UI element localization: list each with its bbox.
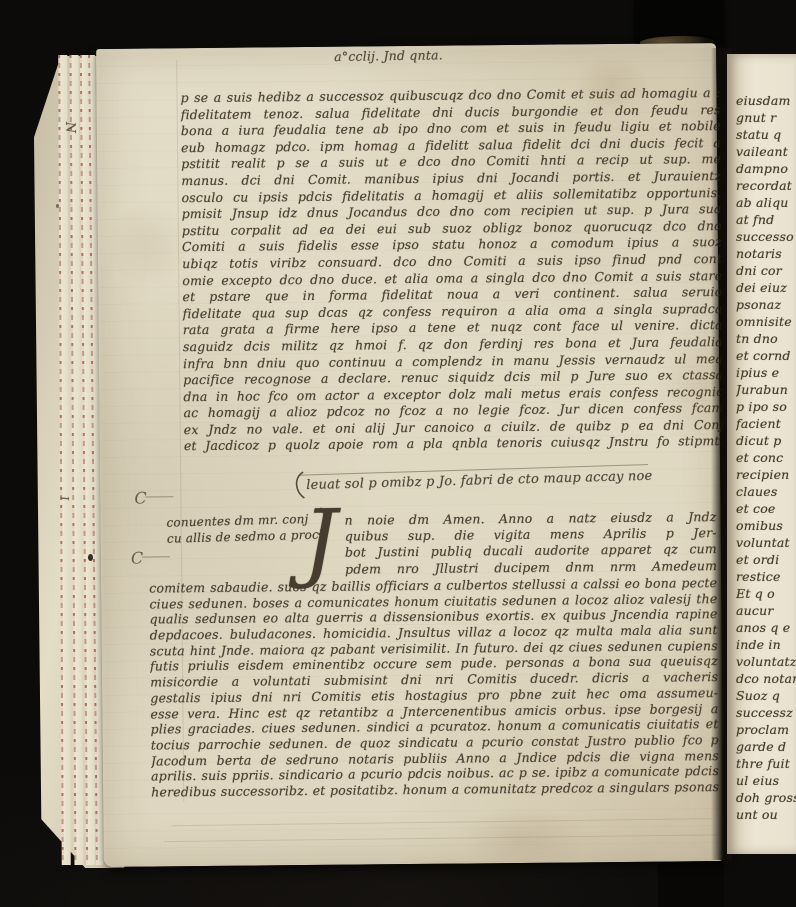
manuscript-text-line: restice	[736, 568, 796, 585]
manuscript-left-page: a°cclij. Jnd qnta. p se a suis hedibz a …	[96, 43, 724, 867]
manuscript-text-line: inde in	[736, 636, 796, 653]
ruled-frame-line	[164, 834, 720, 842]
manuscript-text-line: statu q	[736, 126, 796, 143]
manuscript-text-line: ipius e	[736, 364, 796, 381]
paraph-mark-lower: C	[131, 548, 170, 567]
manuscript-text-line: dicut p	[736, 432, 796, 449]
manuscript-text-line: proclam	[736, 721, 796, 738]
paraph-mark-upper: C	[134, 488, 173, 507]
manuscript-text-line: Jurabun	[736, 381, 796, 398]
facing-page-text: eiusdamgnut rstatu qvaileantdampnorecord…	[736, 92, 796, 823]
manuscript-text-line: claues	[736, 483, 796, 500]
manuscript-text-line: dei eiuz	[736, 279, 796, 296]
manuscript-text-line: tn dno	[736, 330, 796, 347]
manuscript-text-line: successz	[736, 704, 796, 721]
manuscript-text-line: psonaz	[736, 296, 796, 313]
ink-speck	[56, 204, 59, 208]
manuscript-text-line: et ordi	[736, 551, 796, 568]
manuscript-photo: N I a°cclij. Jnd qnta. p se a suis hedib…	[0, 0, 796, 907]
manuscript-text-line: Suoz q	[736, 687, 796, 704]
manuscript-text-line: notaris	[736, 245, 796, 262]
manuscript-text-line: et coe	[736, 500, 796, 517]
manuscript-text-line: voluntat	[736, 534, 796, 551]
ink-speck	[88, 554, 93, 561]
text-block-secondary: comitem sabaudie. suos qz baillis offici…	[149, 575, 719, 800]
manuscript-text-line: voluntatz	[736, 653, 796, 670]
illuminated-initial: J	[302, 499, 337, 585]
folio-header: a°cclij. Jnd qnta.	[334, 47, 443, 64]
manuscript-text-line: dco notar	[736, 670, 796, 687]
manuscript-text-line: pdem nro Jllustri ducipem dnm nrm Amedeu…	[345, 558, 717, 578]
manuscript-text-line: gnut r	[736, 109, 796, 126]
manuscript-text-line: eiusdam	[736, 92, 796, 109]
text-block-secondary-indent: n noie dm Amen. Anno a natz eiusdz a Jnd…	[345, 509, 718, 577]
manuscript-text-line: omnisite	[736, 313, 796, 330]
manuscript-text-line: doh gross	[736, 789, 796, 806]
manuscript-text-line: recordat	[736, 177, 796, 194]
manuscript-text-line: et cornd	[736, 347, 796, 364]
edge-mark: I	[58, 496, 71, 502]
manuscript-text-line: Et q o	[736, 585, 796, 602]
manuscript-text-line: vaileant	[736, 143, 796, 160]
manuscript-text-line: thre fuit	[736, 755, 796, 772]
manuscript-text-line: dampno	[736, 160, 796, 177]
manuscript-text-line: recipien	[736, 466, 796, 483]
manuscript-text-line: successo	[736, 228, 796, 245]
quire-mark: N	[62, 121, 77, 133]
text-block-primary: p se a suis hedibz a successoz quibuscuq…	[180, 85, 723, 455]
manuscript-text-line: p ipo so	[736, 398, 796, 415]
manuscript-text-line: ul eius	[736, 772, 796, 789]
manuscript-text-line: garde d	[736, 738, 796, 755]
ruled-frame-line	[172, 818, 712, 826]
manuscript-text-line: et conc	[736, 449, 796, 466]
manuscript-text-line: at fnd	[736, 211, 796, 228]
manuscript-text-line: facient	[736, 415, 796, 432]
manuscript-text-line: omibus	[736, 517, 796, 534]
manuscript-text-line: ab aliqu	[736, 194, 796, 211]
manuscript-text-line: anos q e	[736, 619, 796, 636]
manuscript-text-line: aucur	[736, 602, 796, 619]
facing-page-sliver: eiusdamgnut rstatu qvaileantdampnorecord…	[727, 54, 796, 854]
manuscript-text-line: unt ou	[736, 806, 796, 823]
manuscript-text-line: dni cor	[736, 262, 796, 279]
